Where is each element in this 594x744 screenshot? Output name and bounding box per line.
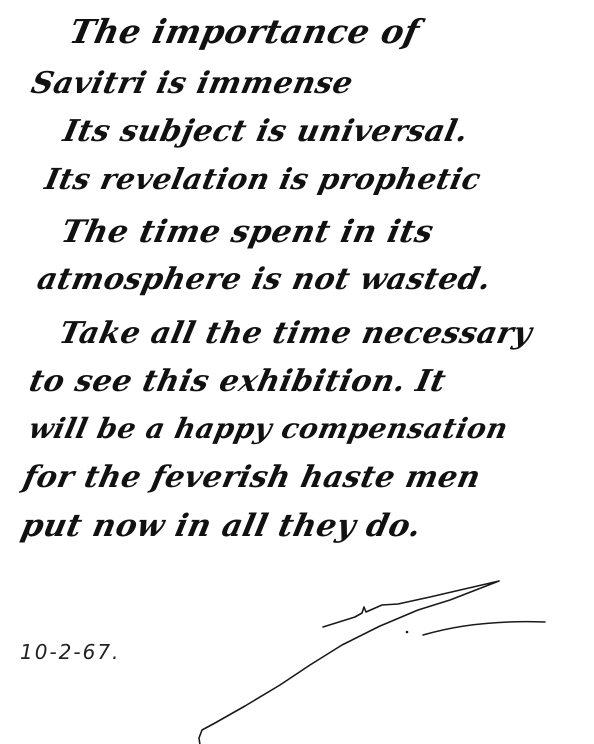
note-line-5: The time spent in its bbox=[58, 214, 437, 250]
note-line-1: The importance of bbox=[66, 12, 423, 51]
note-line-6: atmosphere is not wasted. bbox=[34, 262, 494, 297]
handwritten-note-page: The importance of Savitri is immense Its… bbox=[0, 0, 594, 744]
note-line-7: Take all the time necessary bbox=[56, 316, 535, 351]
note-line-8: to see this exhibition. It bbox=[26, 364, 449, 399]
note-line-11: put now in all they do. bbox=[18, 508, 425, 544]
note-line-10: for the feverish haste men bbox=[20, 460, 484, 495]
note-date: 10-2-67. bbox=[20, 640, 120, 664]
note-line-3: Its subject is universal. bbox=[60, 114, 472, 149]
note-line-9: will be a happy compensation bbox=[26, 412, 511, 445]
note-line-2: Savitri is immense bbox=[28, 66, 356, 101]
note-line-4: Its revelation is prophetic bbox=[42, 162, 484, 196]
